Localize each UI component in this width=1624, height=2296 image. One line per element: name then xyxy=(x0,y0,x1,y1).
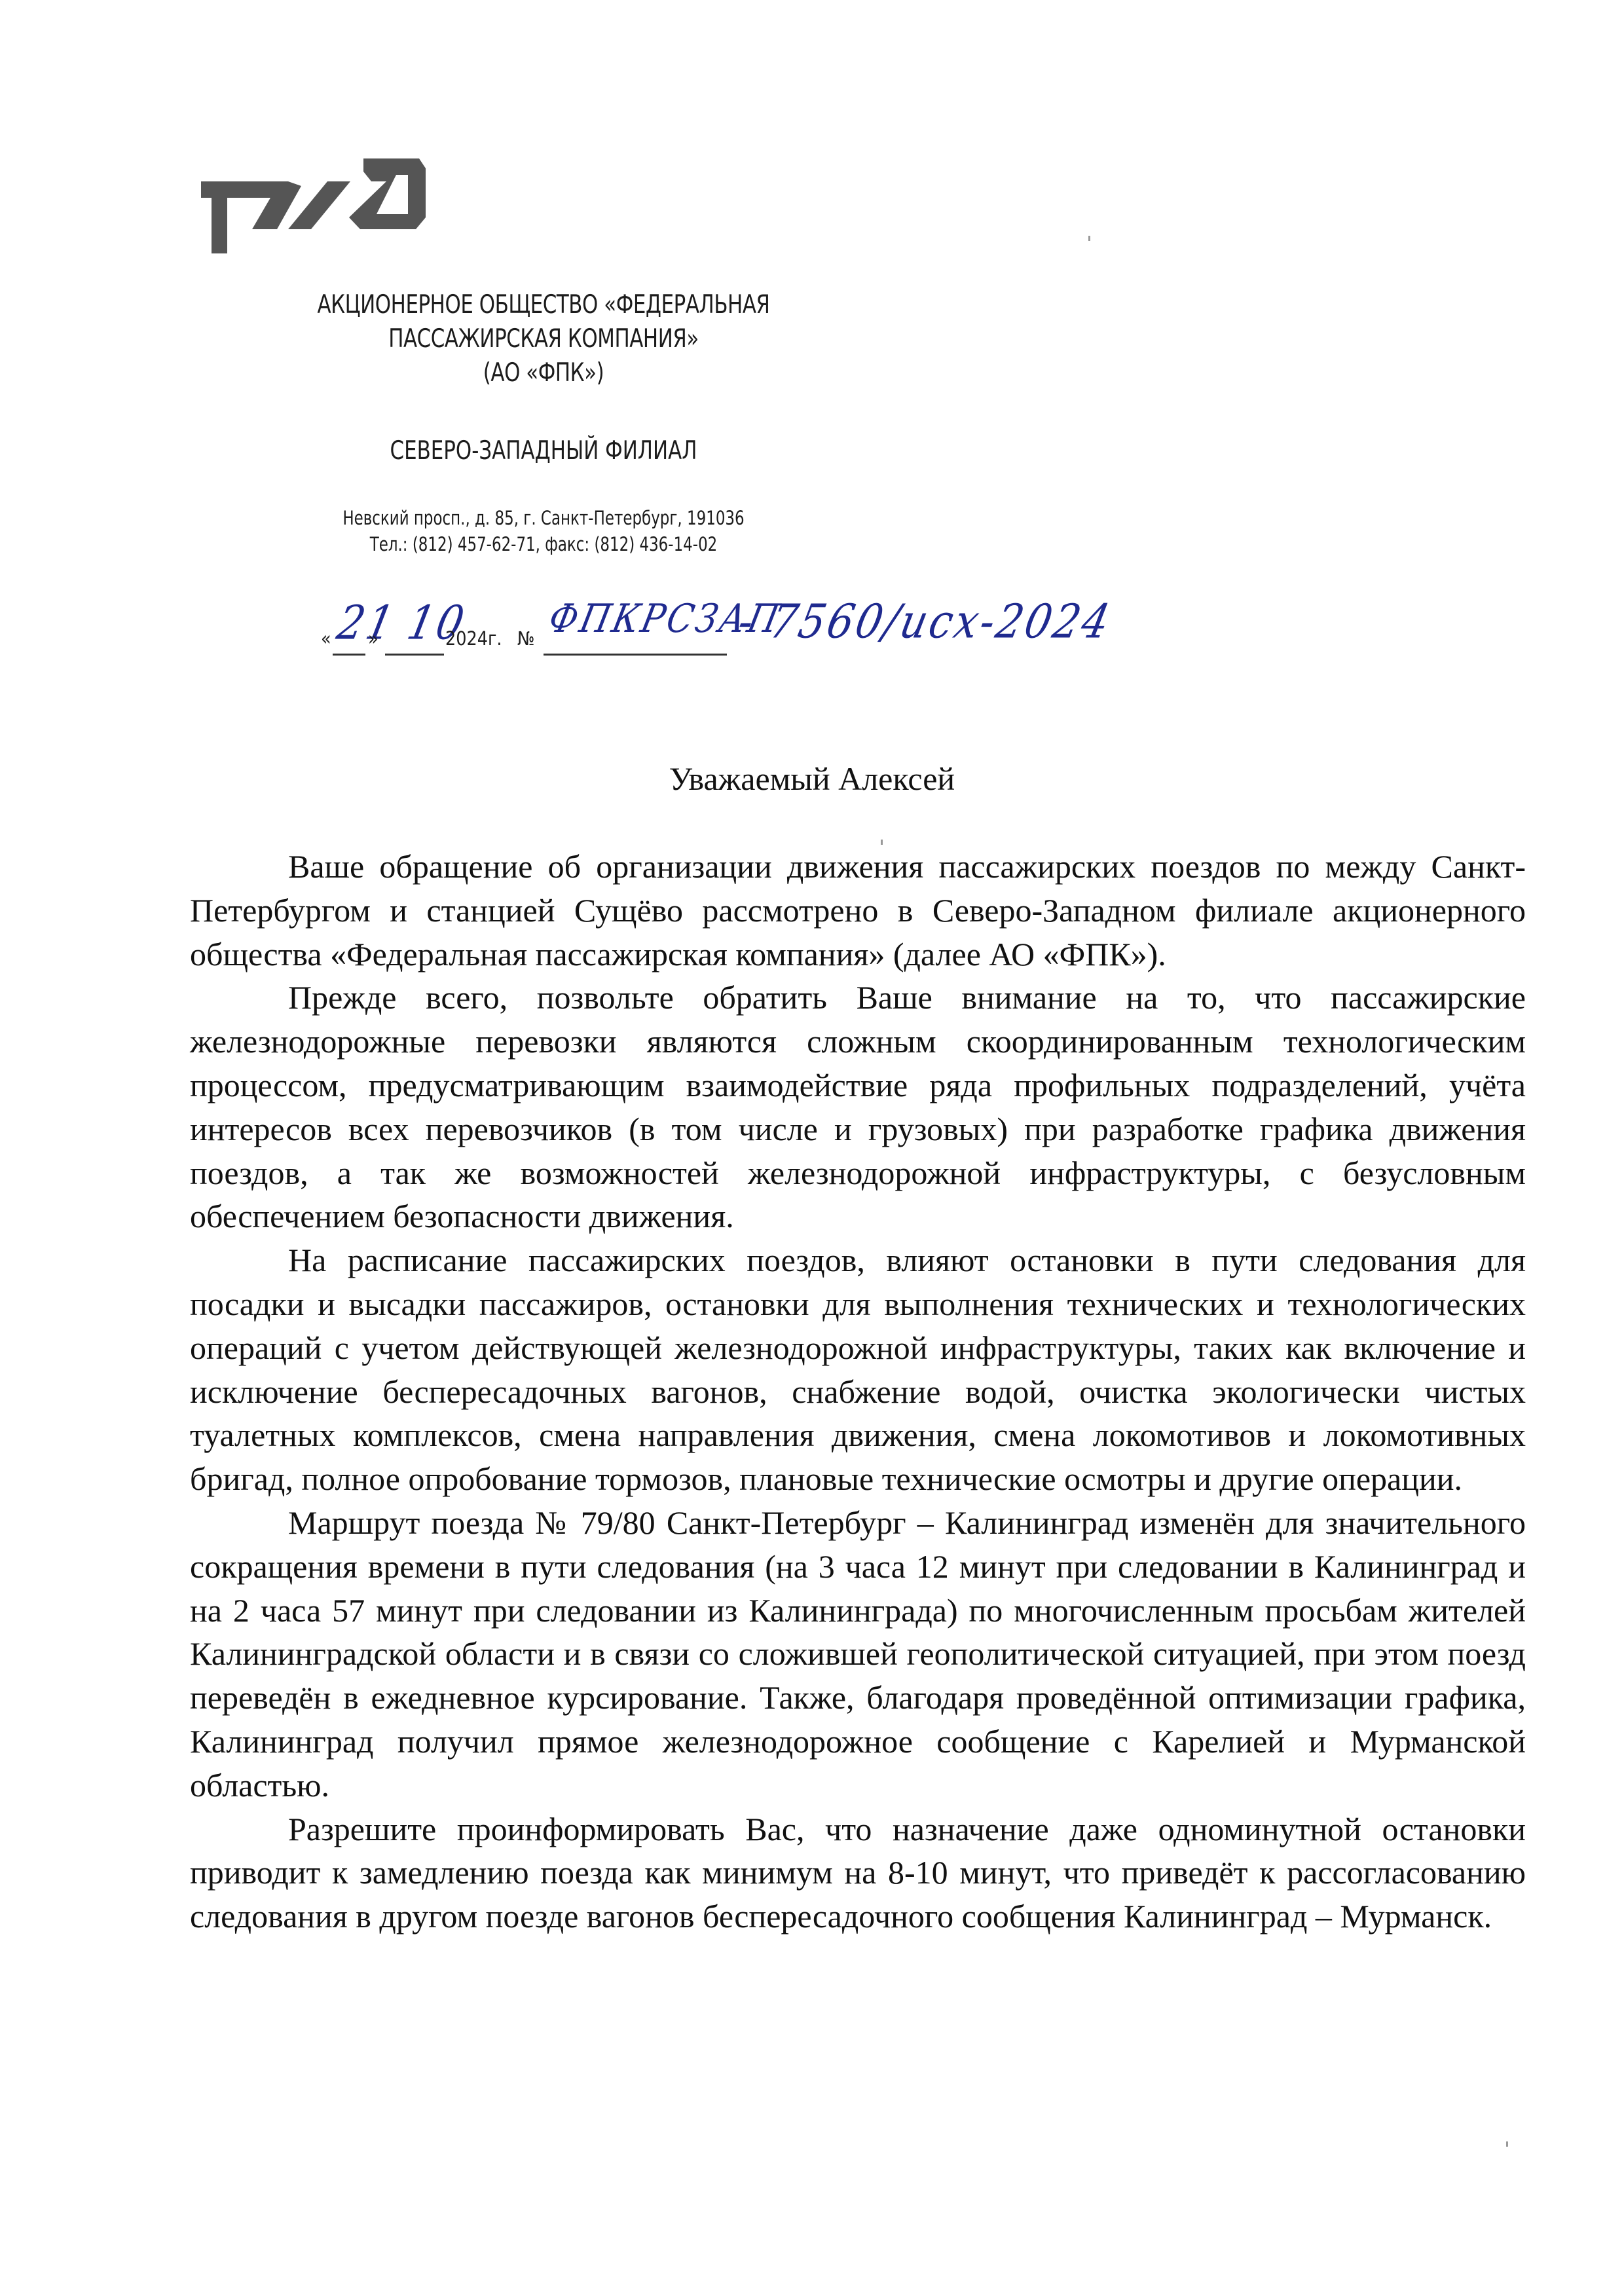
address: Невский просп., д. 85, г. Санкт-Петербур… xyxy=(227,505,860,531)
paragraph-2: Прежде всего, позвольте обратить Ваше вн… xyxy=(190,976,1526,1238)
day-underline xyxy=(333,654,365,656)
year: 2024г. xyxy=(445,627,502,650)
ref-underline xyxy=(544,654,727,656)
branch-name: СЕВЕРО-ЗАПАДНЫЙ ФИЛИАЛ xyxy=(227,436,860,466)
scan-speck xyxy=(1506,2141,1508,2147)
phone-fax: Тел.: (812) 457-62-71, факс: (812) 436-1… xyxy=(227,531,860,557)
paragraph-1: Ваше обращение об организации движения п… xyxy=(190,845,1526,976)
org-name-line1: АКЦИОНЕРНОЕ ОБЩЕСТВО «ФЕДЕРАЛЬНАЯ xyxy=(227,288,860,322)
quote-open: « xyxy=(321,627,331,650)
scan-speck xyxy=(1088,236,1090,241)
number-sign: № xyxy=(517,627,535,650)
quote-close: » xyxy=(368,627,378,650)
org-name-line2: ПАССАЖИРСКАЯ КОМПАНИЯ» xyxy=(227,322,860,356)
letterhead: АКЦИОНЕРНОЕ ОБЩЕСТВО «ФЕДЕРАЛЬНАЯ ПАССАЖ… xyxy=(183,288,904,557)
salutation: Уважаемый Алексей xyxy=(0,760,1624,798)
handwritten-day: 21 xyxy=(333,595,401,650)
date-reference-line: « 21 » 10 2024г. № ФПКРСЗАП - 7560/исх-2… xyxy=(321,602,1238,661)
paragraph-4: Маршрут поезда № 79/80 Санкт-Петербург –… xyxy=(190,1501,1526,1807)
handwritten-ref-suffix: - 7560/исх-2024 xyxy=(733,594,1117,649)
paragraph-3: На расписание пассажирских поездов, влия… xyxy=(190,1238,1526,1501)
scan-speck xyxy=(881,840,883,845)
paragraph-5: Разрешите проинформировать Вас, что назн… xyxy=(190,1807,1526,1938)
letter-body: Ваше обращение об организации движения п… xyxy=(190,845,1526,1938)
org-short-name: (АО «ФПК») xyxy=(227,356,860,390)
month-underline xyxy=(385,654,444,656)
rzd-logo-icon xyxy=(200,152,435,257)
